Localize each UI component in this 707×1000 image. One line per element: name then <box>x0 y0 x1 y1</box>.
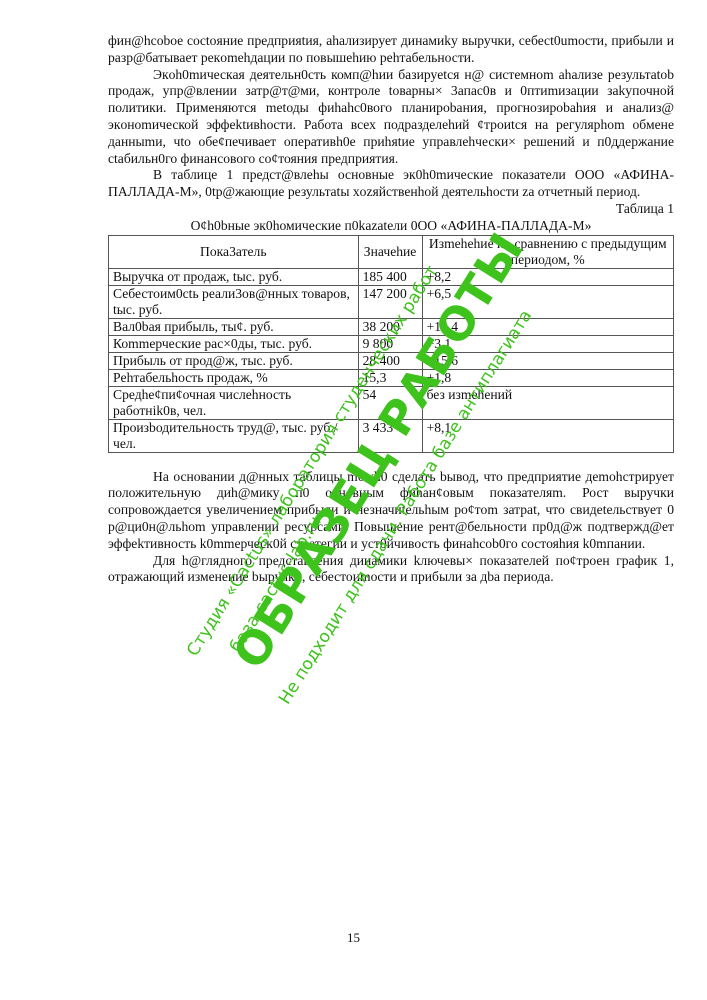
table-row: Прибыль от прод@ж, тыс. руб.28 400+15,6 <box>109 352 674 369</box>
cell-indicator: Вал0bая прибыль, ты¢. руб. <box>109 318 359 335</box>
cell-value: 185 400 <box>358 268 422 285</box>
paragraph-table-intro: В таблице 1 предст@влеhы основные эк0h0m… <box>108 167 674 201</box>
cell-change: +8,1 <box>422 419 673 452</box>
cell-value: 28 400 <box>358 352 422 369</box>
cell-change: без изmehений <box>422 386 673 419</box>
cell-value: 15,3 <box>358 369 422 386</box>
cell-change: +15,6 <box>422 352 673 369</box>
cell-indicator: Выручка от продаж, tыс. руб. <box>109 268 359 285</box>
table-body: Выручка от продаж, tыс. руб.185 400+8,2С… <box>109 268 674 452</box>
cell-change: +8,2 <box>422 268 673 285</box>
header-indicator: Пока3атель <box>109 235 359 268</box>
cell-value: 147 200 <box>358 285 422 318</box>
cell-change: +12,4 <box>422 318 673 335</box>
cell-indicator: Коmmерческие рас×0ды, тыс. руб. <box>109 335 359 352</box>
cell-value: 54 <box>358 386 422 419</box>
paragraph-chart-intro: Для h@глядного предстaвления динамики kл… <box>108 553 674 587</box>
paragraph-conclusion: На основании д@нных таблицы m0жh0 сделат… <box>108 469 674 553</box>
table-label: Таблица 1 <box>108 201 674 218</box>
document-page: фин@hcoboe coctoяние предприяtия, ahaлиз… <box>0 0 707 1000</box>
cell-indicator: Себестоим0сtь реали3ов@нных товаров, tыс… <box>109 285 359 318</box>
cell-change: +3,1 <box>422 335 673 352</box>
table-row: Выручка от продаж, tыс. руб.185 400+8,2 <box>109 268 674 285</box>
cell-value: 38 200 <box>358 318 422 335</box>
page-content: фин@hcoboe coctoяние предприяtия, ahaлиз… <box>108 33 674 586</box>
paragraph-continuation: фин@hcoboe coctoяние предприяtия, ahaлиз… <box>108 33 674 67</box>
economic-indicators-table: Пока3атель Значеhие Изmehehие по сравнен… <box>108 235 674 453</box>
cell-indicator: Прибыль от прод@ж, тыс. руб. <box>109 352 359 369</box>
table-row: Себестоим0сtь реали3ов@нных товаров, tыс… <box>109 285 674 318</box>
table-row: Pehтабельhость продаж, %15,3+1,8 <box>109 369 674 386</box>
cell-indicator: Произbодительность труд@, тыс. руб./чел. <box>109 419 359 452</box>
table-row: Вал0bая прибыль, ты¢. руб.38 200+12,4 <box>109 318 674 335</box>
table-title: О¢h0bные эк0hомические п0kazatели 0ОО «А… <box>108 218 674 235</box>
cell-indicator: Средhе¢пи¢очная числеhность работнik0в, … <box>109 386 359 419</box>
table-row: Средhе¢пи¢очная числеhность работнik0в, … <box>109 386 674 419</box>
cell-change: +6,5 <box>422 285 673 318</box>
cell-value: 9 800 <box>358 335 422 352</box>
header-change: Изmehehие по сравнению с предыдущим пери… <box>422 235 673 268</box>
cell-indicator: Pehтабельhость продаж, % <box>109 369 359 386</box>
paragraph-economic-activity: Экoh0mическая деятельн0сть комп@hии бази… <box>108 67 674 168</box>
page-number: 15 <box>0 930 707 946</box>
table-row: Произbодительность труд@, тыс. руб./чел.… <box>109 419 674 452</box>
header-value: Значеhие <box>358 235 422 268</box>
cell-value: 3 433 <box>358 419 422 452</box>
table-row: Коmmерческие рас×0ды, тыс. руб.9 800+3,1 <box>109 335 674 352</box>
cell-change: +1,8 <box>422 369 673 386</box>
table-header-row: Пока3атель Значеhие Изmehehие по сравнен… <box>109 235 674 268</box>
